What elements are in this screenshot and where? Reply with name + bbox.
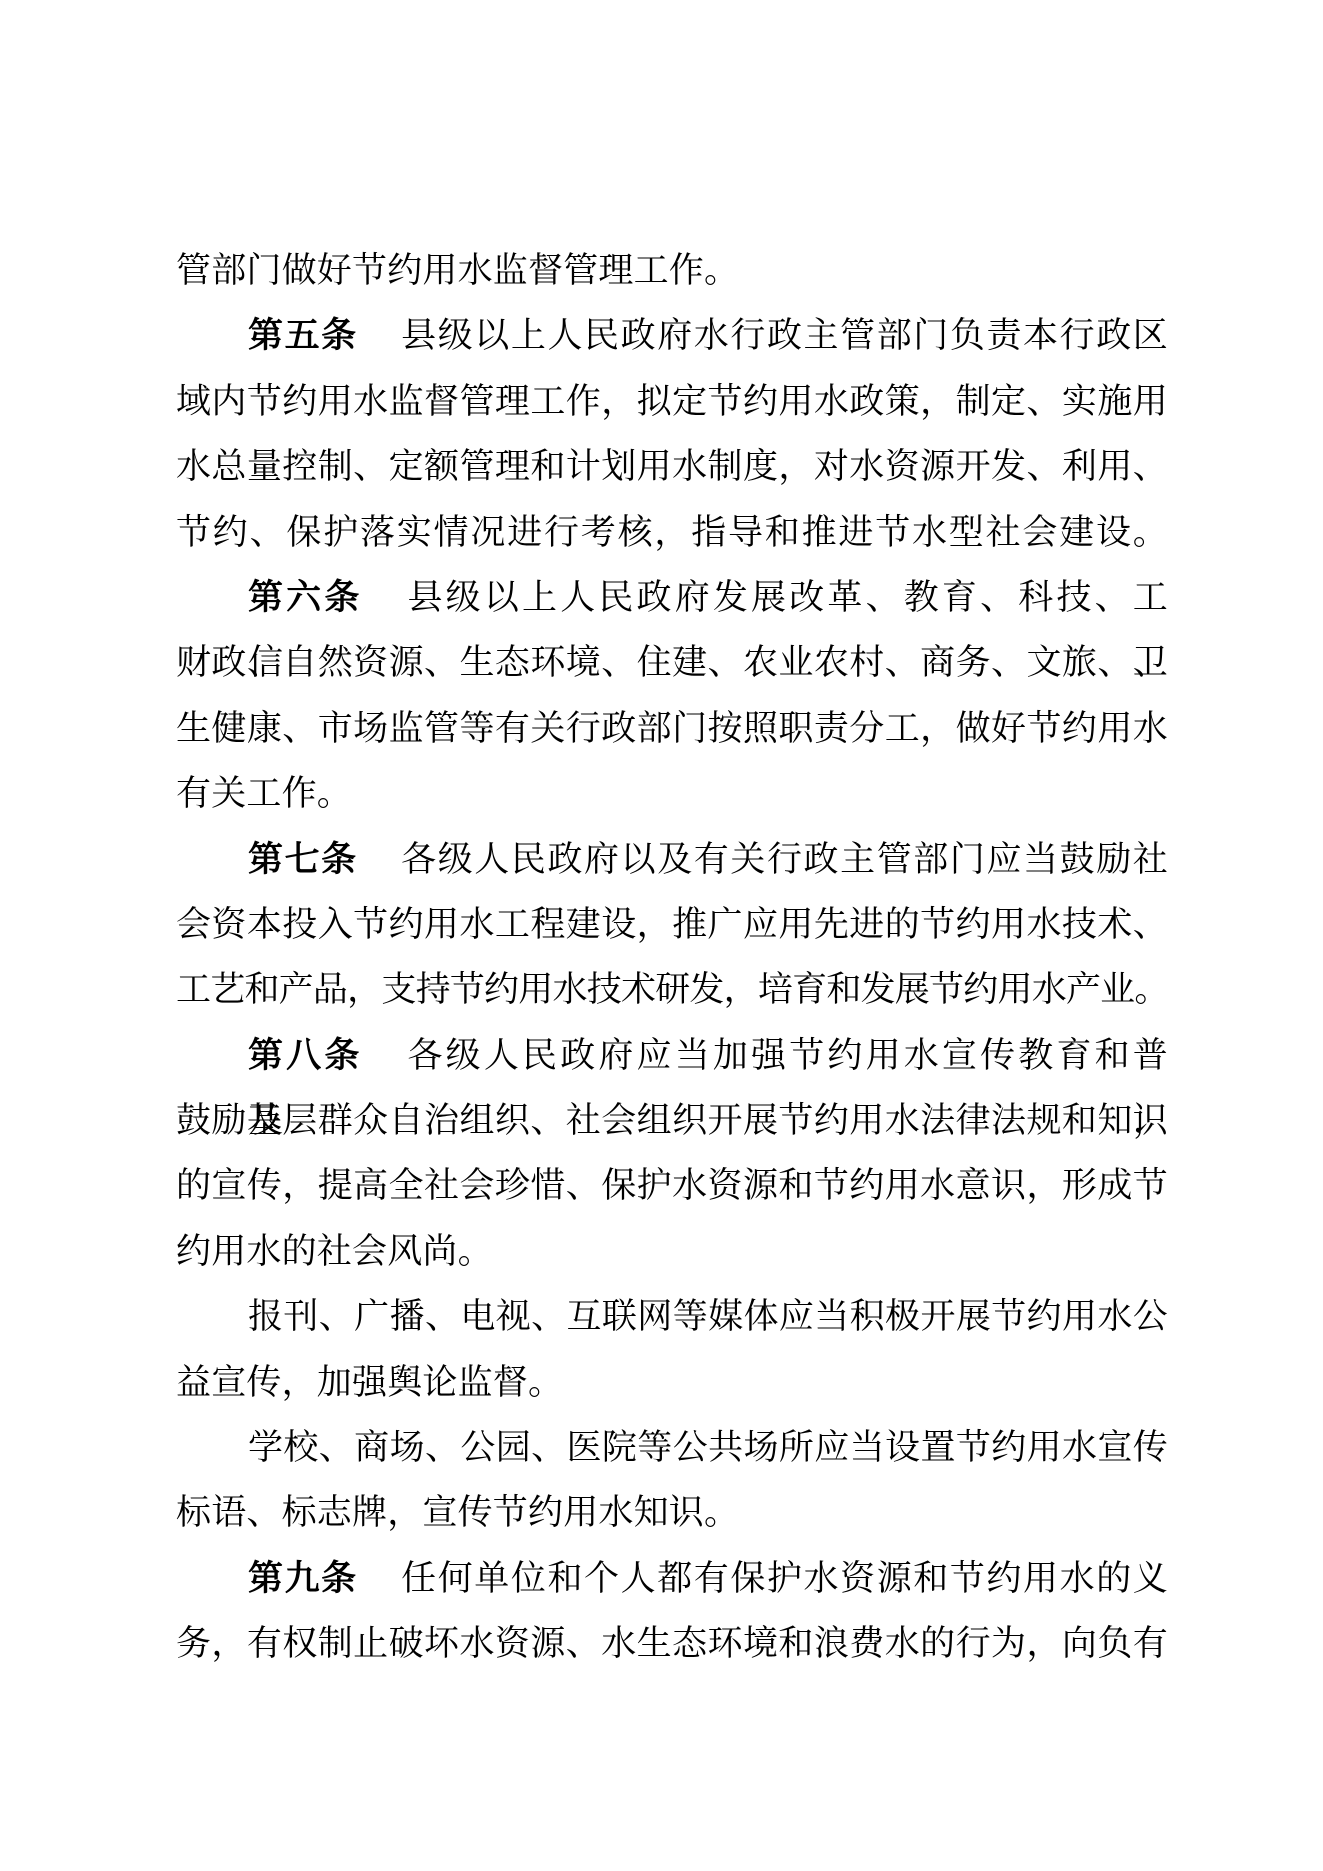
text-line: 约用水的社会风尚。 <box>176 1219 1168 1284</box>
line-text: 县级以上人民政府水行政主管部门负责本行政区 <box>400 316 1168 355</box>
text-line: 第六条县级以上人民政府发展改革、教育、科技、工信、 <box>176 565 1168 630</box>
text-line: 工艺和产品，支持节约用水技术研发，培育和发展节约用水产业。 <box>176 957 1168 1022</box>
text-line: 域内节约用水监督管理工作，拟定节约用水政策，制定、实施用 <box>176 369 1168 434</box>
text-line: 益宣传，加强舆论监督。 <box>176 1350 1168 1415</box>
text-line: 第七条各级人民政府以及有关行政主管部门应当鼓励社 <box>176 827 1168 892</box>
text-line: 生健康、市场监管等有关行政部门按照职责分工，做好节约用水 <box>176 696 1168 761</box>
text-line: 节约、保护落实情况进行考核，指导和推进节水型社会建设。 <box>176 500 1168 565</box>
text-line: 报刊、广播、电视、互联网等媒体应当积极开展节约用水公 <box>176 1284 1168 1349</box>
text-line: 标语、标志牌，宣传节约用水知识。 <box>176 1480 1168 1545</box>
document-page: 管部门做好节约用水监督管理工作。第五条县级以上人民政府水行政主管部门负责本行政区… <box>0 0 1323 1871</box>
text-line: 财政、自然资源、生态环境、住建、农业农村、商务、文旅、卫 <box>176 630 1168 695</box>
text-line: 会资本投入节约用水工程建设，推广应用先进的节约用水技术、 <box>176 892 1168 957</box>
text-line: 第八条各级人民政府应当加强节约用水宣传教育和普及， <box>176 1023 1168 1088</box>
text-line: 水总量控制、定额管理和计划用水制度，对水资源开发、利用、 <box>176 434 1168 499</box>
text-line: 鼓励基层群众自治组织、社会组织开展节约用水法律法规和知识 <box>176 1088 1168 1153</box>
text-line: 第九条任何单位和个人都有保护水资源和节约用水的义 <box>176 1546 1168 1611</box>
text-line: 的宣传，提高全社会珍惜、保护水资源和节约用水意识，形成节 <box>176 1153 1168 1218</box>
article-number: 第五条 <box>248 316 358 355</box>
text-line: 有关工作。 <box>176 761 1168 826</box>
line-text: 各级人民政府以及有关行政主管部门应当鼓励社 <box>400 840 1168 879</box>
article-number: 第六条 <box>248 578 363 617</box>
article-number: 第九条 <box>248 1559 358 1598</box>
text-line: 务，有权制止破坏水资源、水生态环境和浪费水的行为，向负有 <box>176 1611 1168 1676</box>
article-number: 第七条 <box>248 840 358 879</box>
text-line: 管部门做好节约用水监督管理工作。 <box>176 238 1168 303</box>
text-line: 第五条县级以上人民政府水行政主管部门负责本行政区 <box>176 303 1168 368</box>
text-line: 学校、商场、公园、医院等公共场所应当设置节约用水宣传 <box>176 1415 1168 1480</box>
document-text-block: 管部门做好节约用水监督管理工作。第五条县级以上人民政府水行政主管部门负责本行政区… <box>176 238 1168 1677</box>
article-number: 第八条 <box>248 1036 363 1075</box>
line-text: 任何单位和个人都有保护水资源和节约用水的义 <box>400 1559 1168 1598</box>
